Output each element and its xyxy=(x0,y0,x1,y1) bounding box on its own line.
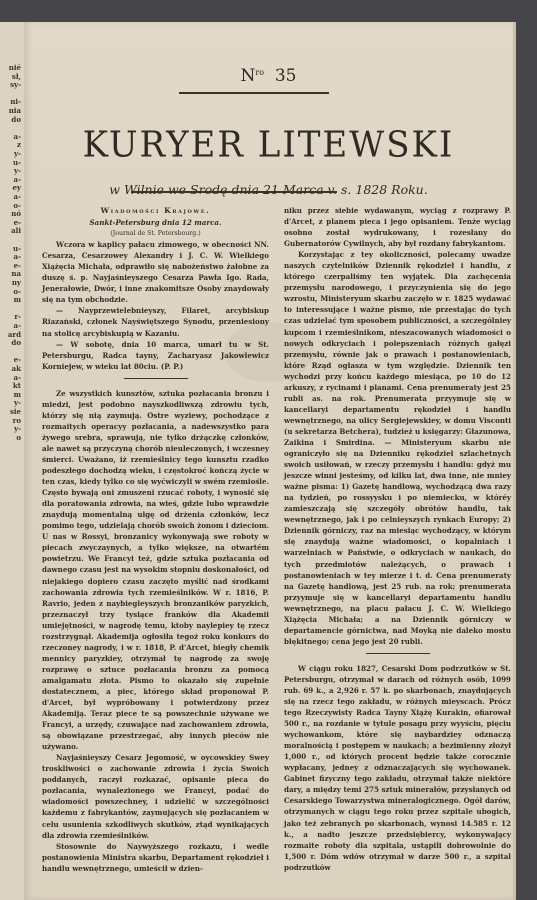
section-header: Wiadomości Krajowe. xyxy=(42,205,269,216)
column-left: Wiadomości Krajowe. Sankt-Petersburg dni… xyxy=(42,205,269,874)
adjacent-page-text: ali xyxy=(1,227,21,235)
adjacent-page-text: sie xyxy=(1,408,21,416)
rule-under-number xyxy=(179,92,329,94)
column-right: niku przez siebie wydawanym, wyciąg z ro… xyxy=(284,205,511,873)
adjacent-page-text: m xyxy=(1,296,21,304)
rule-under-dateline xyxy=(131,191,337,193)
masthead-dateline: w Wilnie we Srodę dnia 21 Marca v. s. 18… xyxy=(24,182,513,197)
adjacent-page-text: nié xyxy=(1,64,21,72)
article-paragraph: Stosownie do Naywyższego rozkazu, i wedl… xyxy=(42,841,269,874)
issue-number: Nro 35 xyxy=(24,66,513,86)
article-paragraph: Nayjaśnieyszy Cesarz Jegomość, w oycowsk… xyxy=(42,752,269,840)
article-paragraph: W ciągu roku 1827, Cesarski Dom podrzutk… xyxy=(284,663,511,873)
adjacent-page-text: nia xyxy=(1,107,21,115)
adjacent-page-text: o xyxy=(1,434,21,442)
article-source: (Journal de St. Petersbourg.) xyxy=(42,228,269,239)
article-paragraph: niku przez siebie wydawanym, wyciąg z ro… xyxy=(284,205,511,249)
adjacent-page-text: y- xyxy=(1,150,21,158)
article-paragraph: Ze wszystkich kunsztów, sztuka pozłacani… xyxy=(42,388,269,753)
adjacent-page-text: ak xyxy=(1,365,21,373)
article-paragraph: Korzystając z tey okoliczności, polecamy… xyxy=(284,249,511,647)
page-edge xyxy=(513,22,516,900)
article-dateline: Sankt-Petersburg dnia 12 marca. xyxy=(42,217,269,228)
adjacent-page-text: a- xyxy=(1,193,21,201)
article-separator xyxy=(366,653,430,654)
article-separator xyxy=(124,378,188,379)
article-paragraph: Wczora w kaplicy pałacu zimowego, w obec… xyxy=(42,239,269,305)
adjacent-page-fragment: niésł,sy-ni-niadoa-zy-u-y-a-eya-o-nóe-al… xyxy=(0,22,25,900)
adjacent-page-text: sy- xyxy=(1,81,21,89)
masthead-title: KURYER LITEWSKI xyxy=(24,124,513,166)
adjacent-page-text: do xyxy=(1,116,21,124)
adjacent-page-text: a- xyxy=(1,322,21,330)
article-paragraph: — W sobotę, dnia 10 marca, umarł tu w St… xyxy=(42,339,269,372)
article-paragraph: — Nayprzewielebnieyszy, Filaret, arcybis… xyxy=(42,305,269,338)
adjacent-page-text: ny xyxy=(1,279,21,287)
adjacent-page-text: do xyxy=(1,339,21,347)
